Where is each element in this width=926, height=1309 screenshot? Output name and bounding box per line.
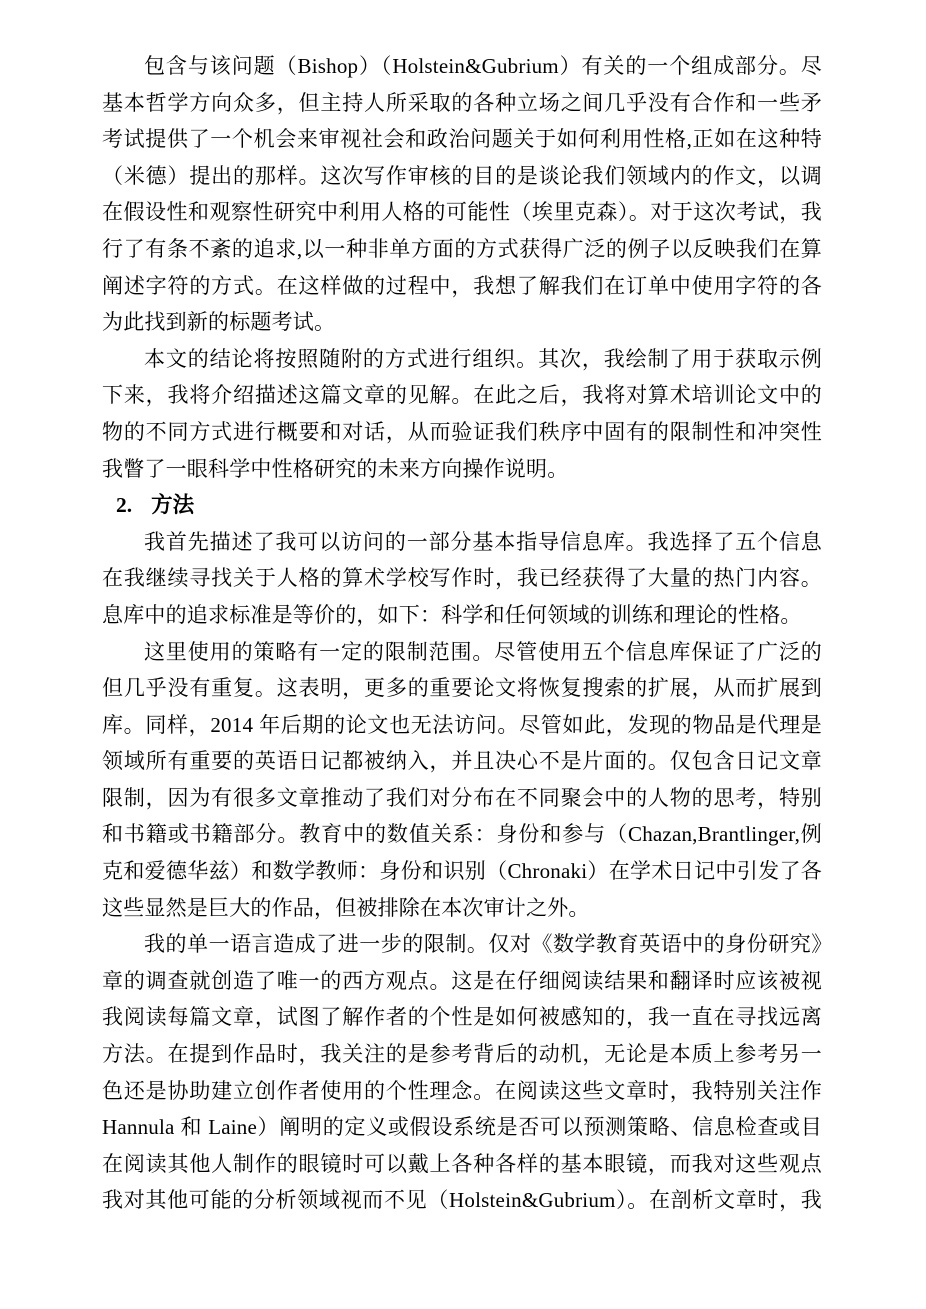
section-heading: 2.方法	[102, 487, 822, 524]
text-line: 这里使用的策略有一定的限制范围。尽管使用五个信息库保证了广泛的分发范围，	[102, 634, 822, 671]
text-line: 色还是协助建立创作者使用的个性理念。在阅读这些文章时，我特别关注作者（Kaasi…	[102, 1073, 822, 1110]
text-line: 行了有条不紊的追求,以一种非单方面的方式获得广泛的例子以反映我们在算术教学中	[102, 231, 822, 268]
text-line: 库。同样，2014 年后期的论文也无法访问。尽管如此，发现的物品是代理是公认的。…	[102, 707, 822, 744]
text-line: 限制，因为有很多文章推动了我们对分布在不同聚会中的人物的思考，特别是会议程序	[102, 780, 822, 817]
text-line: 章的调查就创造了唯一的西方观点。这是在仔细阅读结果和翻译时应该被视为的东西。	[102, 963, 822, 1000]
text-line: （米德）提出的那样。这次写作审核的目的是谈论我们领域内的作文，以调查如何我们	[102, 158, 822, 195]
text-line: 我的单一语言造成了进一步的限制。仅对《数学教育英语中的身份研究》中所写文	[102, 926, 822, 963]
text-line: 我瞥了一眼科学中性格研究的未来方向操作说明。	[102, 451, 822, 488]
text-line: 阐述字符的方式。在这样做的过程中，我想了解我们在订单中使用字符的各种方式，并	[102, 268, 822, 305]
heading-title: 方法	[151, 493, 194, 517]
text-line: 方法。在提到作品时，我关注的是参考背后的动机，无论是本质上参考另一部作品的角	[102, 1036, 822, 1073]
text-line: Hannula 和 Laine）阐明的定义或假设系统是否可以预测策略、信息检查或…	[102, 1109, 822, 1146]
text-line: 克和爱德华兹）和数学教师：身份和识别（Chronaki）在学术日记中引发了各种审…	[102, 853, 822, 890]
document-body: 包含与该问题（Bishop）（Holstein&Gubrium）有关的一个组成部…	[102, 48, 822, 1219]
text-line: 我首先描述了我可以访问的一部分基本指导信息库。我选择了五个信息库，以确保	[102, 524, 822, 561]
text-line: 但几乎没有重复。这表明，更多的重要论文将恢复搜索的扩展，从而扩展到更多的信息	[102, 670, 822, 707]
text-line: 和书籍或书籍部分。教育中的数值关系：身份和参与（Chazan,Brantling…	[102, 816, 822, 853]
text-line: 在阅读其他人制作的眼镜时可以戴上各种各样的基本眼镜，而我对这些观点的关注将使	[102, 1146, 822, 1183]
text-line: 我对其他可能的分析领域视而不见（Holstein&Gubrium）。在剖析文章时…	[102, 1182, 822, 1219]
text-line: 这些显然是巨大的作品，但被排除在本次审计之外。	[102, 890, 822, 927]
text-line: 考试提供了一个机会来审视社会和政治问题关于如何利用性格,正如在这种特定情况下	[102, 121, 822, 158]
text-line: 在假设性和观察性研究中利用人格的可能性（埃里克森）。对于这次考试，我对写作进	[102, 194, 822, 231]
text-line: 我阅读每篇文章，试图了解作者的个性是如何被感知的，我一直在寻找远离角色含义的	[102, 999, 822, 1036]
text-line: 包含与该问题（Bishop）（Holstein&Gubrium）有关的一个组成部…	[102, 48, 822, 85]
text-line: 在我继续寻找关于人格的算术学校写作时，我已经获得了大量的热门内容。我在这些信	[102, 560, 822, 597]
text-line: 下来，我将介绍描述这篇文章的见解。在此之后，我将对算术培训论文中的专家描绘人	[102, 377, 822, 414]
document-page: 包含与该问题（Bishop）（Holstein&Gubrium）有关的一个组成部…	[0, 0, 926, 1309]
text-line: 领域所有重要的英语日记都被纳入，并且决心不是片面的。仅包含日记文章的选择受到	[102, 743, 822, 780]
text-line: 息库中的追求标准是等价的，如下：科学和任何领域的训练和理论的性格。	[102, 597, 822, 634]
heading-number: 2.	[116, 493, 132, 517]
text-line: 基本哲学方向众多，但主持人所采取的各种立场之间几乎没有合作和一些矛盾。这样的	[102, 85, 822, 122]
text-line: 为此找到新的标题考试。	[102, 304, 822, 341]
text-line: 本文的结论将按照随附的方式进行组织。其次，我绘制了用于获取示例的循环。接	[102, 341, 822, 378]
text-line: 物的不同方式进行概要和对话，从而验证我们秩序中固有的限制性和冲突性观点。最后，	[102, 414, 822, 451]
